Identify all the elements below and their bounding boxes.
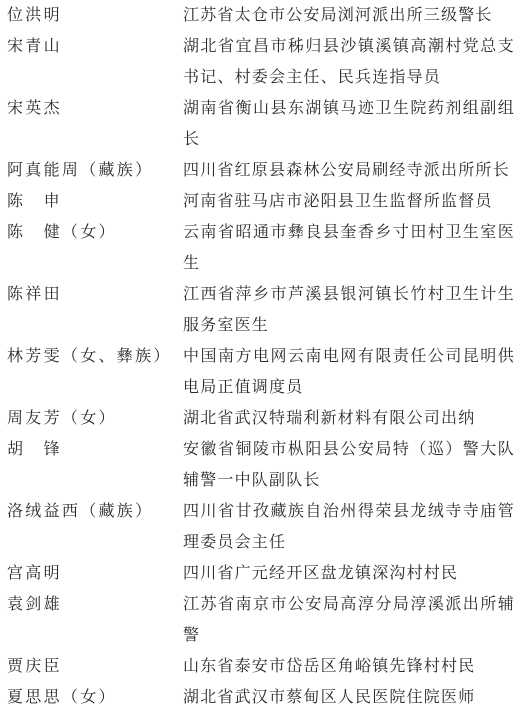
list-item: 贾庆臣 山东省泰安市岱岳区角峪镇先锋村村民 (0, 651, 520, 682)
document-page: 位洪明 江苏省太仓市公安局浏河派出所三级警长 宋青山 湖北省宜昌市秭归县沙镇溪镇… (0, 0, 520, 716)
person-name: 陈 健（女） (7, 217, 183, 248)
person-title: 江苏省南京市公安局高淳分局淳溪派出所辅警 (183, 589, 515, 651)
person-name: 林芳雯（女、彝族） (7, 341, 183, 372)
list-item: 位洪明 江苏省太仓市公安局浏河派出所三级警长 (0, 0, 520, 31)
person-name: 宫高明 (7, 558, 183, 589)
person-title: 四川省甘孜藏族自治州得荣县龙绒寺寺庙管理委员会主任 (183, 496, 515, 558)
person-name: 陈 申 (7, 186, 183, 217)
person-title: 四川省广元经开区盘龙镇深沟村村民 (183, 558, 515, 589)
list-item: 林芳雯（女、彝族） 中国南方电网云南电网有限责任公司昆明供电局正值调度员 (0, 341, 520, 403)
list-item: 胡 锋 安徽省铜陵市枞阳县公安局特（巡）警大队辅警一中队副队长 (0, 434, 520, 496)
list-item: 夏思思（女） 湖北省武汉市蔡甸区人民医院住院医师 (0, 682, 520, 713)
list-item: 洛绒益西（藏族） 四川省甘孜藏族自治州得荣县龙绒寺寺庙管理委员会主任 (0, 496, 520, 558)
list-item: 陈 申 河南省驻马店市泌阳县卫生监督所监督员 (0, 186, 520, 217)
person-title: 山东省泰安市岱岳区角峪镇先锋村村民 (183, 651, 515, 682)
person-name: 贾庆臣 (7, 651, 183, 682)
person-title: 中国南方电网云南电网有限责任公司昆明供电局正值调度员 (183, 341, 515, 403)
list-item: 宫高明 四川省广元经开区盘龙镇深沟村村民 (0, 558, 520, 589)
person-title: 江苏省太仓市公安局浏河派出所三级警长 (183, 0, 515, 31)
person-name: 宋青山 (7, 31, 183, 62)
list-item: 周友芳（女） 湖北省武汉特瑞利新材料有限公司出纳 (0, 403, 520, 434)
list-item: 宋青山 湖北省宜昌市秭归县沙镇溪镇高潮村党总支书记、村委会主任、民兵连指导员 (0, 31, 520, 93)
person-name: 胡 锋 (7, 434, 183, 465)
person-name: 洛绒益西（藏族） (7, 496, 183, 527)
person-name: 阿真能周（藏族） (7, 155, 183, 186)
person-title: 安徽省铜陵市枞阳县公安局特（巡）警大队辅警一中队副队长 (183, 434, 515, 496)
person-title: 湖北省武汉特瑞利新材料有限公司出纳 (183, 403, 515, 434)
list-item: 陈 健（女） 云南省昭通市彝良县奎香乡寸田村卫生室医生 (0, 217, 520, 279)
person-name: 夏思思（女） (7, 682, 183, 713)
person-title: 四川省红原县森林公安局刷经寺派出所所长 (183, 155, 515, 186)
person-title: 湖北省宜昌市秭归县沙镇溪镇高潮村党总支书记、村委会主任、民兵连指导员 (183, 31, 515, 93)
list-item: 袁剑雄 江苏省南京市公安局高淳分局淳溪派出所辅警 (0, 589, 520, 651)
person-title: 湖南省衡山县东湖镇马迹卫生院药剂组副组长 (183, 93, 515, 155)
list-item: 宋英杰 湖南省衡山县东湖镇马迹卫生院药剂组副组长 (0, 93, 520, 155)
person-title: 湖北省武汉市蔡甸区人民医院住院医师 (183, 682, 515, 713)
person-name: 位洪明 (7, 0, 183, 31)
person-title: 江西省萍乡市芦溪县银河镇长竹村卫生计生服务室医生 (183, 279, 515, 341)
person-title: 河南省驻马店市泌阳县卫生监督所监督员 (183, 186, 515, 217)
list-item: 阿真能周（藏族） 四川省红原县森林公安局刷经寺派出所所长 (0, 155, 520, 186)
person-name: 宋英杰 (7, 93, 183, 124)
person-name: 周友芳（女） (7, 403, 183, 434)
person-name: 陈祥田 (7, 279, 183, 310)
person-title: 云南省昭通市彝良县奎香乡寸田村卫生室医生 (183, 217, 515, 279)
honoree-list: 位洪明 江苏省太仓市公安局浏河派出所三级警长 宋青山 湖北省宜昌市秭归县沙镇溪镇… (0, 0, 520, 713)
person-name: 袁剑雄 (7, 589, 183, 620)
list-item: 陈祥田 江西省萍乡市芦溪县银河镇长竹村卫生计生服务室医生 (0, 279, 520, 341)
